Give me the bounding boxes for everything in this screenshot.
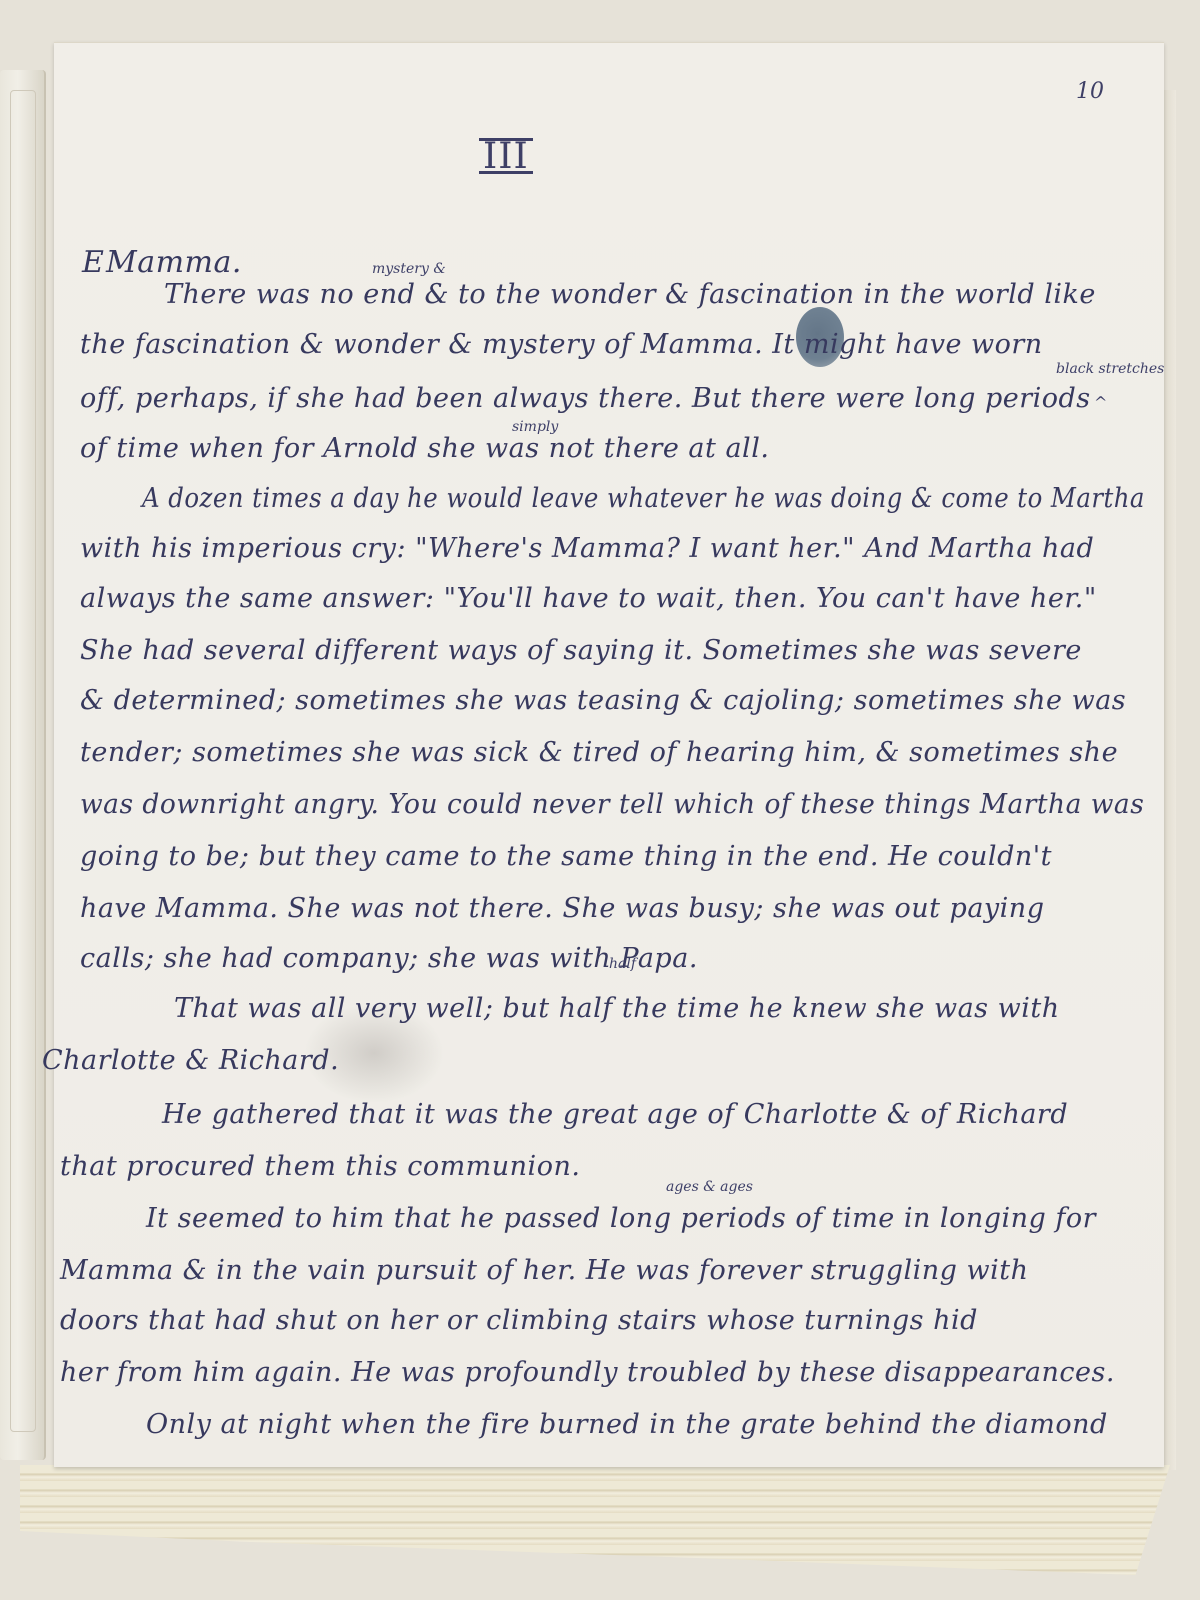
manuscript-line: of time when for Arnold she was not ther…	[80, 433, 769, 464]
manuscript-line: Charlotte & Richard.	[42, 1045, 339, 1076]
chapter-numeral: III	[479, 138, 533, 174]
manuscript-line: Only at night when the fire burned in th…	[146, 1409, 1108, 1440]
insertion-caret: ^	[1094, 393, 1107, 412]
insertion-black-stretches: black stretches	[1056, 361, 1164, 377]
manuscript-line: always the same answer: "You'll have to …	[80, 583, 1097, 614]
insertion-mystery: mystery &	[372, 261, 446, 277]
manuscript-line: There was no end & to the wonder & fasci…	[164, 279, 1096, 310]
heading-marker: E	[82, 245, 104, 280]
manuscript-line: her from him again. He was profoundly tr…	[60, 1357, 1115, 1388]
manuscript-line: A dozen times a day he would leave whate…	[142, 483, 1145, 514]
manuscript-line: & determined; sometimes she was teasing …	[80, 685, 1126, 716]
manuscript-line: have Mamma. She was not there. She was b…	[80, 893, 1044, 924]
chapter-heading: Mamma.	[106, 245, 242, 280]
page-stack-bottom-edges	[20, 1465, 1170, 1575]
insertion-ages-and-ages: ages & ages	[666, 1179, 753, 1195]
manuscript-line: going to be; but they came to the same t…	[80, 841, 1052, 872]
page-number: 10	[1076, 79, 1104, 104]
manuscript-line: doors that had shut on her or climbing s…	[60, 1305, 978, 1336]
manuscript-page: 10 III E Mamma. mystery & black stretche…	[54, 42, 1164, 1467]
manuscript-line: He gathered that it was the great age of…	[162, 1099, 1068, 1130]
manuscript-line: that procured them this communion.	[60, 1151, 580, 1182]
page-stack-left-edge	[0, 70, 46, 1460]
manuscript-line: tender; sometimes she was sick & tired o…	[80, 737, 1118, 768]
manuscript-line: off, perhaps, if she had been always the…	[80, 383, 1091, 414]
manuscript-line: was downright angry. You could never tel…	[80, 789, 1144, 820]
manuscript-line: the fascination & wonder & mystery of Ma…	[80, 329, 1043, 360]
manuscript-line: That was all very well; but half the tim…	[174, 993, 1060, 1024]
manuscript-line: It seemed to him that he passed long per…	[146, 1203, 1096, 1234]
manuscript-line: Mamma & in the vain pursuit of her. He w…	[60, 1255, 1029, 1286]
manuscript-line: calls; she had company; she was with Pap…	[80, 943, 698, 974]
manuscript-line: with his imperious cry: "Where's Mamma? …	[80, 533, 1094, 564]
manuscript-line: She had several different ways of saying…	[80, 635, 1082, 666]
